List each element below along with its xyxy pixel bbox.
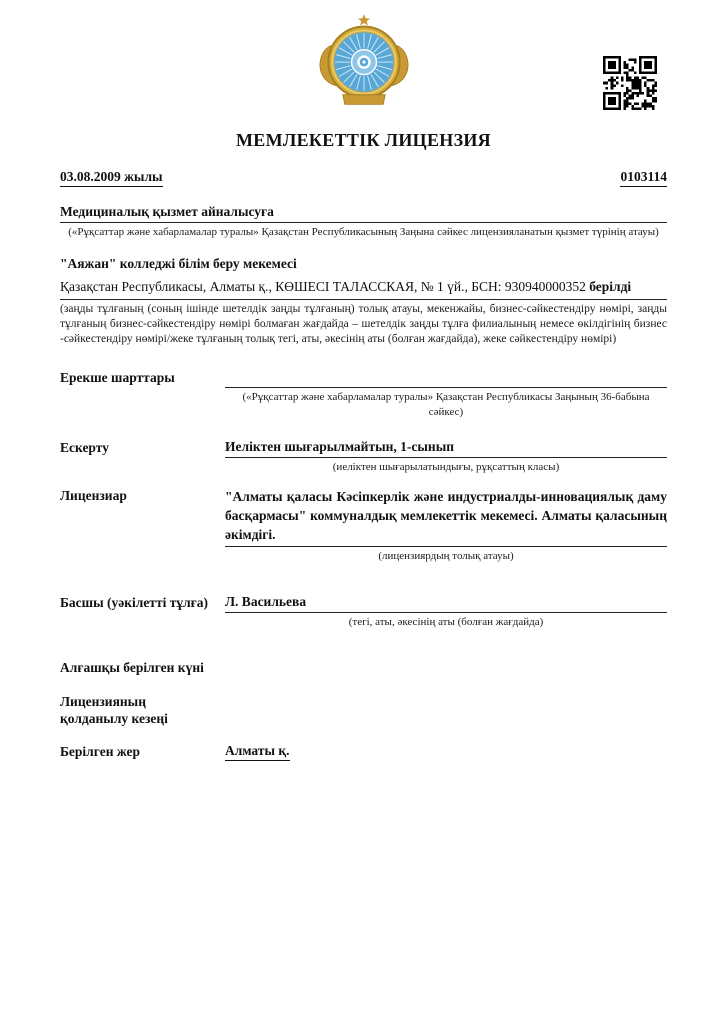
field-validity-period: Лицензияның қолданылу кезеңі — [60, 693, 667, 728]
head-label: Басшы (уәкілетті тұлға) — [60, 594, 225, 630]
license-document: МЕМЛЕКЕТТІК ЛИЦЕНЗИЯ 03.08.2009 жылы 010… — [0, 0, 724, 1024]
licensee-name: "Аяжан" колледжі білім беру мекемесі — [60, 256, 667, 272]
licensor-caption: (лицензиярдың толық атауы) — [225, 549, 667, 564]
validity-period-label: Лицензияның қолданылу кезеңі — [60, 693, 225, 728]
issue-date: 03.08.2009 жылы — [60, 169, 163, 187]
licensor-label: Лицензиар — [60, 487, 225, 564]
field-special-terms: Ерекше шарттары («Рұқсаттар және хабарла… — [60, 369, 667, 419]
activity-name: Медициналық қызмет айналысуға — [60, 204, 667, 220]
document-header — [60, 0, 667, 116]
special-terms-label: Ерекше шарттары — [60, 369, 225, 419]
kazakhstan-emblem-icon — [316, 13, 412, 115]
licensee-issued-word: берілді — [589, 279, 631, 294]
activity-rule — [60, 222, 667, 223]
first-issue-date-label: Алғашқы берілген күні — [60, 659, 225, 677]
special-terms-value — [225, 369, 667, 388]
field-issue-place: Берілген жер Алматы қ. — [60, 743, 667, 761]
licensee-caption: (заңды тұлғаның (соның ішінде шетелдік з… — [60, 302, 667, 348]
activity-caption: («Рұқсаттар және хабарламалар туралы» Қа… — [60, 225, 667, 240]
field-first-issue-date: Алғашқы берілген күні — [60, 659, 667, 677]
note-caption: (иеліктен шығарылатындығы, рұқсаттың кла… — [225, 460, 667, 475]
issue-place-label: Берілген жер — [60, 743, 225, 761]
licensee-address: Қазақстан Республикасы, Алматы қ., КӨШЕС… — [60, 279, 667, 300]
activity-section: Медициналық қызмет айналысуға («Рұқсатта… — [60, 204, 667, 240]
issue-place-value: Алматы қ. — [225, 743, 290, 761]
field-note: Ескерту Иеліктен шығарылмайтын, 1-сынып … — [60, 439, 667, 475]
license-number: 0103114 — [620, 169, 667, 187]
emblem-graphic — [316, 13, 412, 115]
licensee-section: "Аяжан" колледжі білім беру мекемесі Қаз… — [60, 256, 667, 348]
qr-code — [603, 56, 657, 110]
special-terms-caption: («Рұқсаттар және хабарламалар туралы» Қа… — [225, 390, 667, 419]
field-licensor: Лицензиар "Алматы қаласы Кәсіпкерлік жән… — [60, 487, 667, 564]
head-caption: (тегі, аты, әкесінің аты (болған жағдайд… — [225, 615, 667, 630]
note-label: Ескерту — [60, 439, 225, 475]
qr-code-graphic — [603, 56, 657, 110]
document-title: МЕМЛЕКЕТТІК ЛИЦЕНЗИЯ — [60, 130, 667, 151]
note-value: Иеліктен шығарылмайтын, 1-сынып — [225, 439, 667, 458]
head-value: Л. Васильева — [225, 594, 667, 613]
licensee-address-text: Қазақстан Республикасы, Алматы қ., КӨШЕС… — [60, 279, 586, 294]
licensor-value: "Алматы қаласы Кәсіпкерлік және индустри… — [225, 487, 667, 547]
meta-row: 03.08.2009 жылы 0103114 — [60, 169, 667, 187]
field-head: Басшы (уәкілетті тұлға) Л. Васильева (те… — [60, 594, 667, 630]
